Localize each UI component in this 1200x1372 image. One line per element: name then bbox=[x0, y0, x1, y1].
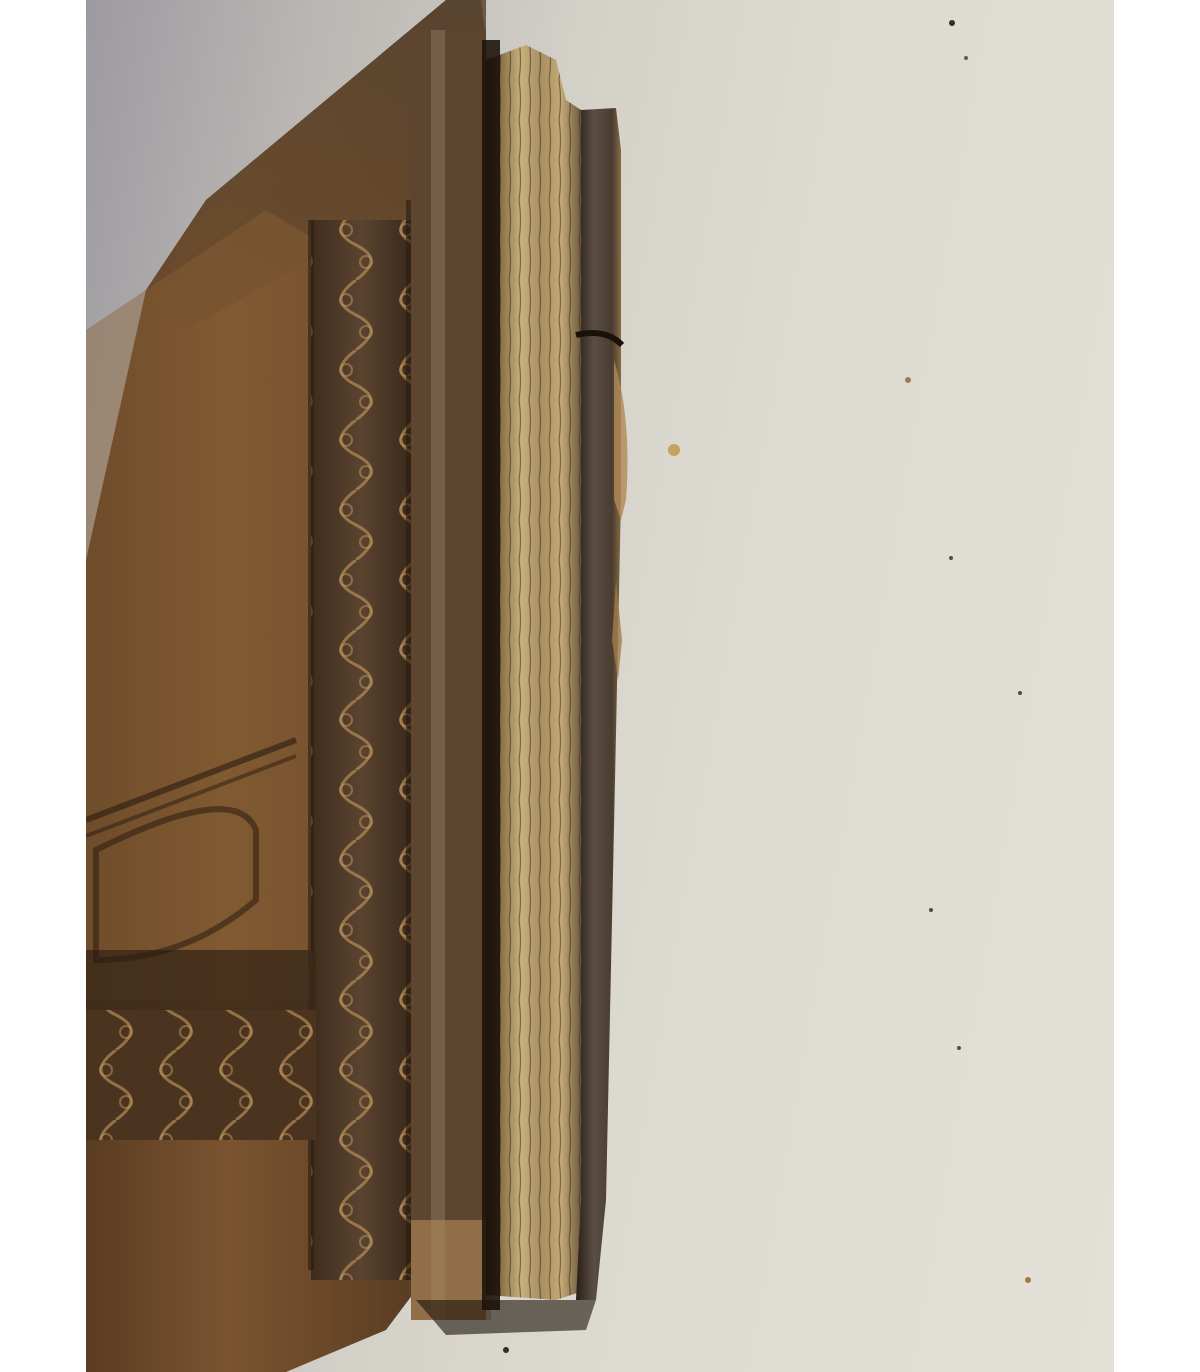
book-illustration bbox=[86, 0, 1114, 1372]
book-photograph bbox=[86, 0, 1114, 1372]
back-cover bbox=[576, 108, 621, 1300]
